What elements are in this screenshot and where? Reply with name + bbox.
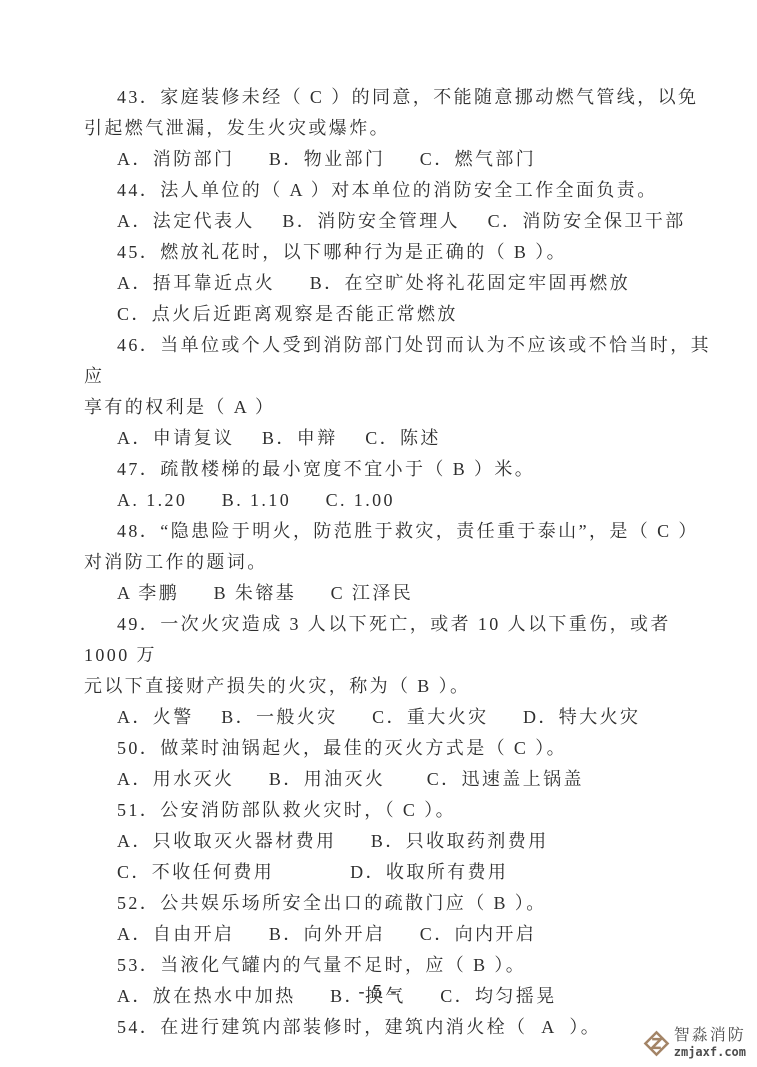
question-list: 43．家庭装修未经（ C ）的同意，不能随意挪动燃气管线，以免 引起燃气泄漏，发… <box>84 82 712 1043</box>
options-line: A．消防部门 B．物业部门 C．燃气部门 <box>84 144 712 175</box>
question-continuation-line: 元以下直接财产损失的火灾，称为（ B ）。 <box>84 671 712 702</box>
watermark-text: 智淼消防 zmjaxf.com <box>674 1028 746 1058</box>
options-line: A．用水灭火 B．用油灭火 C．迅速盖上锅盖 <box>84 764 712 795</box>
options-line: C．不收任何费用 D．收取所有费用 <box>84 857 712 888</box>
question-line: 43．家庭装修未经（ C ）的同意，不能随意挪动燃气管线，以免 <box>84 82 712 113</box>
options-line: A．只收取灭火器材费用 B．只收取药剂费用 <box>84 826 712 857</box>
question-continuation-line: 对消防工作的题词。 <box>84 547 712 578</box>
question-line: 47．疏散楼梯的最小宽度不宜小于（ B ）米。 <box>84 454 712 485</box>
options-line: A．捂耳靠近点火 B．在空旷处将礼花固定牢固再燃放 <box>84 268 712 299</box>
watermark-domain: zmjaxf.com <box>674 1046 746 1058</box>
question-line: 48．“隐患险于明火，防范胜于救灾，责任重于泰山”，是（ C ） <box>84 516 712 547</box>
options-line: C．点火后近距离观察是否能正常燃放 <box>84 299 712 330</box>
options-line: A．申请复议 B．申辩 C．陈述 <box>84 423 712 454</box>
question-continuation-line: 享有的权利是（ A ） <box>84 392 712 423</box>
question-line: 46．当单位或个人受到消防部门处罚而认为不应该或不恰当时，其应 <box>84 330 712 392</box>
question-line: 51．公安消防部队救火灾时，（ C ）。 <box>84 795 712 826</box>
options-line: A．自由开启 B．向外开启 C．向内开启 <box>84 919 712 950</box>
question-line: 53．当液化气罐内的气量不足时，应（ B ）。 <box>84 950 712 981</box>
question-line: 52．公共娱乐场所安全出口的疏散门应（ B ）。 <box>84 888 712 919</box>
watermark: 智淼消防 zmjaxf.com <box>643 1028 746 1058</box>
options-line: A．火警 B．一般火灾 C．重大火灾 D．特大火灾 <box>84 702 712 733</box>
question-line: 50．做菜时油锅起火，最佳的灭火方式是（ C ）。 <box>84 733 712 764</box>
question-line: 49．一次火灾造成 3 人以下死亡，或者 10 人以下重伤，或者 1000 万 <box>84 609 712 671</box>
options-line: A 李鹏 B 朱镕基 C 江泽民 <box>84 578 712 609</box>
question-line: 54．在进行建筑内部装修时，建筑内消火栓（ A ）。 <box>84 1012 712 1043</box>
question-line: 45．燃放礼花时，以下哪种行为是正确的（ B ）。 <box>84 237 712 268</box>
watermark-brand: 智淼消防 <box>674 1028 746 1044</box>
question-continuation-line: 引起燃气泄漏，发生火灾或爆炸。 <box>84 113 712 144</box>
document-page: 43．家庭装修未经（ C ）的同意，不能随意挪动燃气管线，以免 引起燃气泄漏，发… <box>0 0 757 1067</box>
options-line: A. 1.20 B. 1.10 C. 1.00 <box>84 485 712 516</box>
options-line: A．法定代表人 B．消防安全管理人 C．消防安全保卫干部 <box>84 206 712 237</box>
page-number: - 5 - <box>0 981 757 1002</box>
question-line: 44．法人单位的（ A ）对本单位的消防安全工作全面负责。 <box>84 175 712 206</box>
zhimiao-logo-icon <box>643 1030 670 1057</box>
